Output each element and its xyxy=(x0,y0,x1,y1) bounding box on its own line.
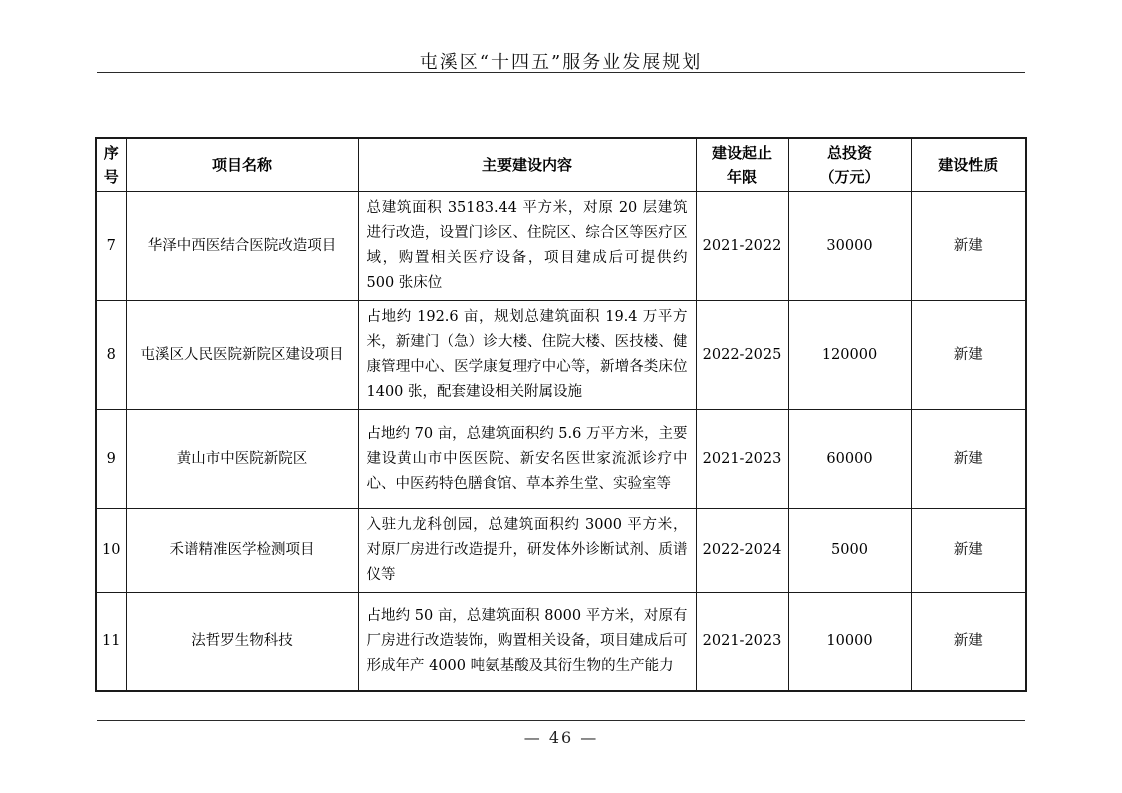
cell-nature: 新建 xyxy=(911,593,1026,691)
cell-investment: 30000 xyxy=(788,192,911,301)
document-title: 屯溪区“十四五”服务业发展规划 xyxy=(0,48,1122,74)
cell-project-name: 黄山市中医院新院区 xyxy=(126,410,358,509)
table-row: 8 屯溪区人民医院新院区建设项目 占地约 192.6 亩，规划总建筑面积 19.… xyxy=(96,301,1026,410)
cell-period: 2022-2025 xyxy=(696,301,788,410)
col-header-investment: 总投资 （万元） xyxy=(788,138,911,192)
col-header-investment-line1: 总投资 xyxy=(791,141,909,165)
cell-project-name: 法哲罗生物科技 xyxy=(126,593,358,691)
cell-period: 2021-2023 xyxy=(696,593,788,691)
col-header-no-label: 序号 xyxy=(99,141,124,189)
page-number: — 46 — xyxy=(0,728,1122,747)
cell-investment: 10000 xyxy=(788,593,911,691)
cell-no: 10 xyxy=(96,509,126,593)
footer-divider xyxy=(97,720,1025,721)
document-page: 屯溪区“十四五”服务业发展规划 序号 项目名称 主要建设内容 建设起止 年限 xyxy=(0,0,1122,793)
cell-period: 2021-2023 xyxy=(696,410,788,509)
table-row: 10 禾谱精准医学检测项目 入驻九龙科创园，总建筑面积约 3000 平方米，对原… xyxy=(96,509,1026,593)
cell-nature: 新建 xyxy=(911,192,1026,301)
cell-period: 2022-2024 xyxy=(696,509,788,593)
col-header-investment-line2: （万元） xyxy=(791,165,909,189)
cell-investment: 120000 xyxy=(788,301,911,410)
cell-nature: 新建 xyxy=(911,509,1026,593)
header-divider xyxy=(97,72,1025,73)
cell-no: 7 xyxy=(96,192,126,301)
cell-project-name: 禾谱精准医学检测项目 xyxy=(126,509,358,593)
cell-no: 9 xyxy=(96,410,126,509)
cell-period: 2021-2022 xyxy=(696,192,788,301)
cell-no: 8 xyxy=(96,301,126,410)
projects-table: 序号 项目名称 主要建设内容 建设起止 年限 总投资 （万元） 建设性质 7 华… xyxy=(95,137,1027,692)
table-row: 11 法哲罗生物科技 占地约 50 亩，总建筑面积 8000 平方米，对原有厂房… xyxy=(96,593,1026,691)
cell-project-name: 华泽中西医结合医院改造项目 xyxy=(126,192,358,301)
cell-investment: 60000 xyxy=(788,410,911,509)
col-header-period-line2: 年限 xyxy=(699,165,786,189)
cell-content: 占地约 50 亩，总建筑面积 8000 平方米，对原有厂房进行改造装饰，购置相关… xyxy=(358,593,696,691)
col-header-project-name: 项目名称 xyxy=(126,138,358,192)
cell-nature: 新建 xyxy=(911,410,1026,509)
cell-content: 入驻九龙科创园，总建筑面积约 3000 平方米，对原厂房进行改造提升，研发体外诊… xyxy=(358,509,696,593)
cell-content: 占地约 192.6 亩，规划总建筑面积 19.4 万平方米，新建门（急）诊大楼、… xyxy=(358,301,696,410)
cell-project-name: 屯溪区人民医院新院区建设项目 xyxy=(126,301,358,410)
cell-content: 占地约 70 亩，总建筑面积约 5.6 万平方米，主要建设黄山市中医医院、新安名… xyxy=(358,410,696,509)
col-header-nature: 建设性质 xyxy=(911,138,1026,192)
table-header-row: 序号 项目名称 主要建设内容 建设起止 年限 总投资 （万元） 建设性质 xyxy=(96,138,1026,192)
col-header-period-line1: 建设起止 xyxy=(699,141,786,165)
cell-content: 总建筑面积 35183.44 平方米，对原 20 层建筑进行改造，设置门诊区、住… xyxy=(358,192,696,301)
cell-investment: 5000 xyxy=(788,509,911,593)
table-row: 9 黄山市中医院新院区 占地约 70 亩，总建筑面积约 5.6 万平方米，主要建… xyxy=(96,410,1026,509)
col-header-content: 主要建设内容 xyxy=(358,138,696,192)
table-row: 7 华泽中西医结合医院改造项目 总建筑面积 35183.44 平方米，对原 20… xyxy=(96,192,1026,301)
cell-nature: 新建 xyxy=(911,301,1026,410)
col-header-period: 建设起止 年限 xyxy=(696,138,788,192)
cell-no: 11 xyxy=(96,593,126,691)
col-header-no: 序号 xyxy=(96,138,126,192)
